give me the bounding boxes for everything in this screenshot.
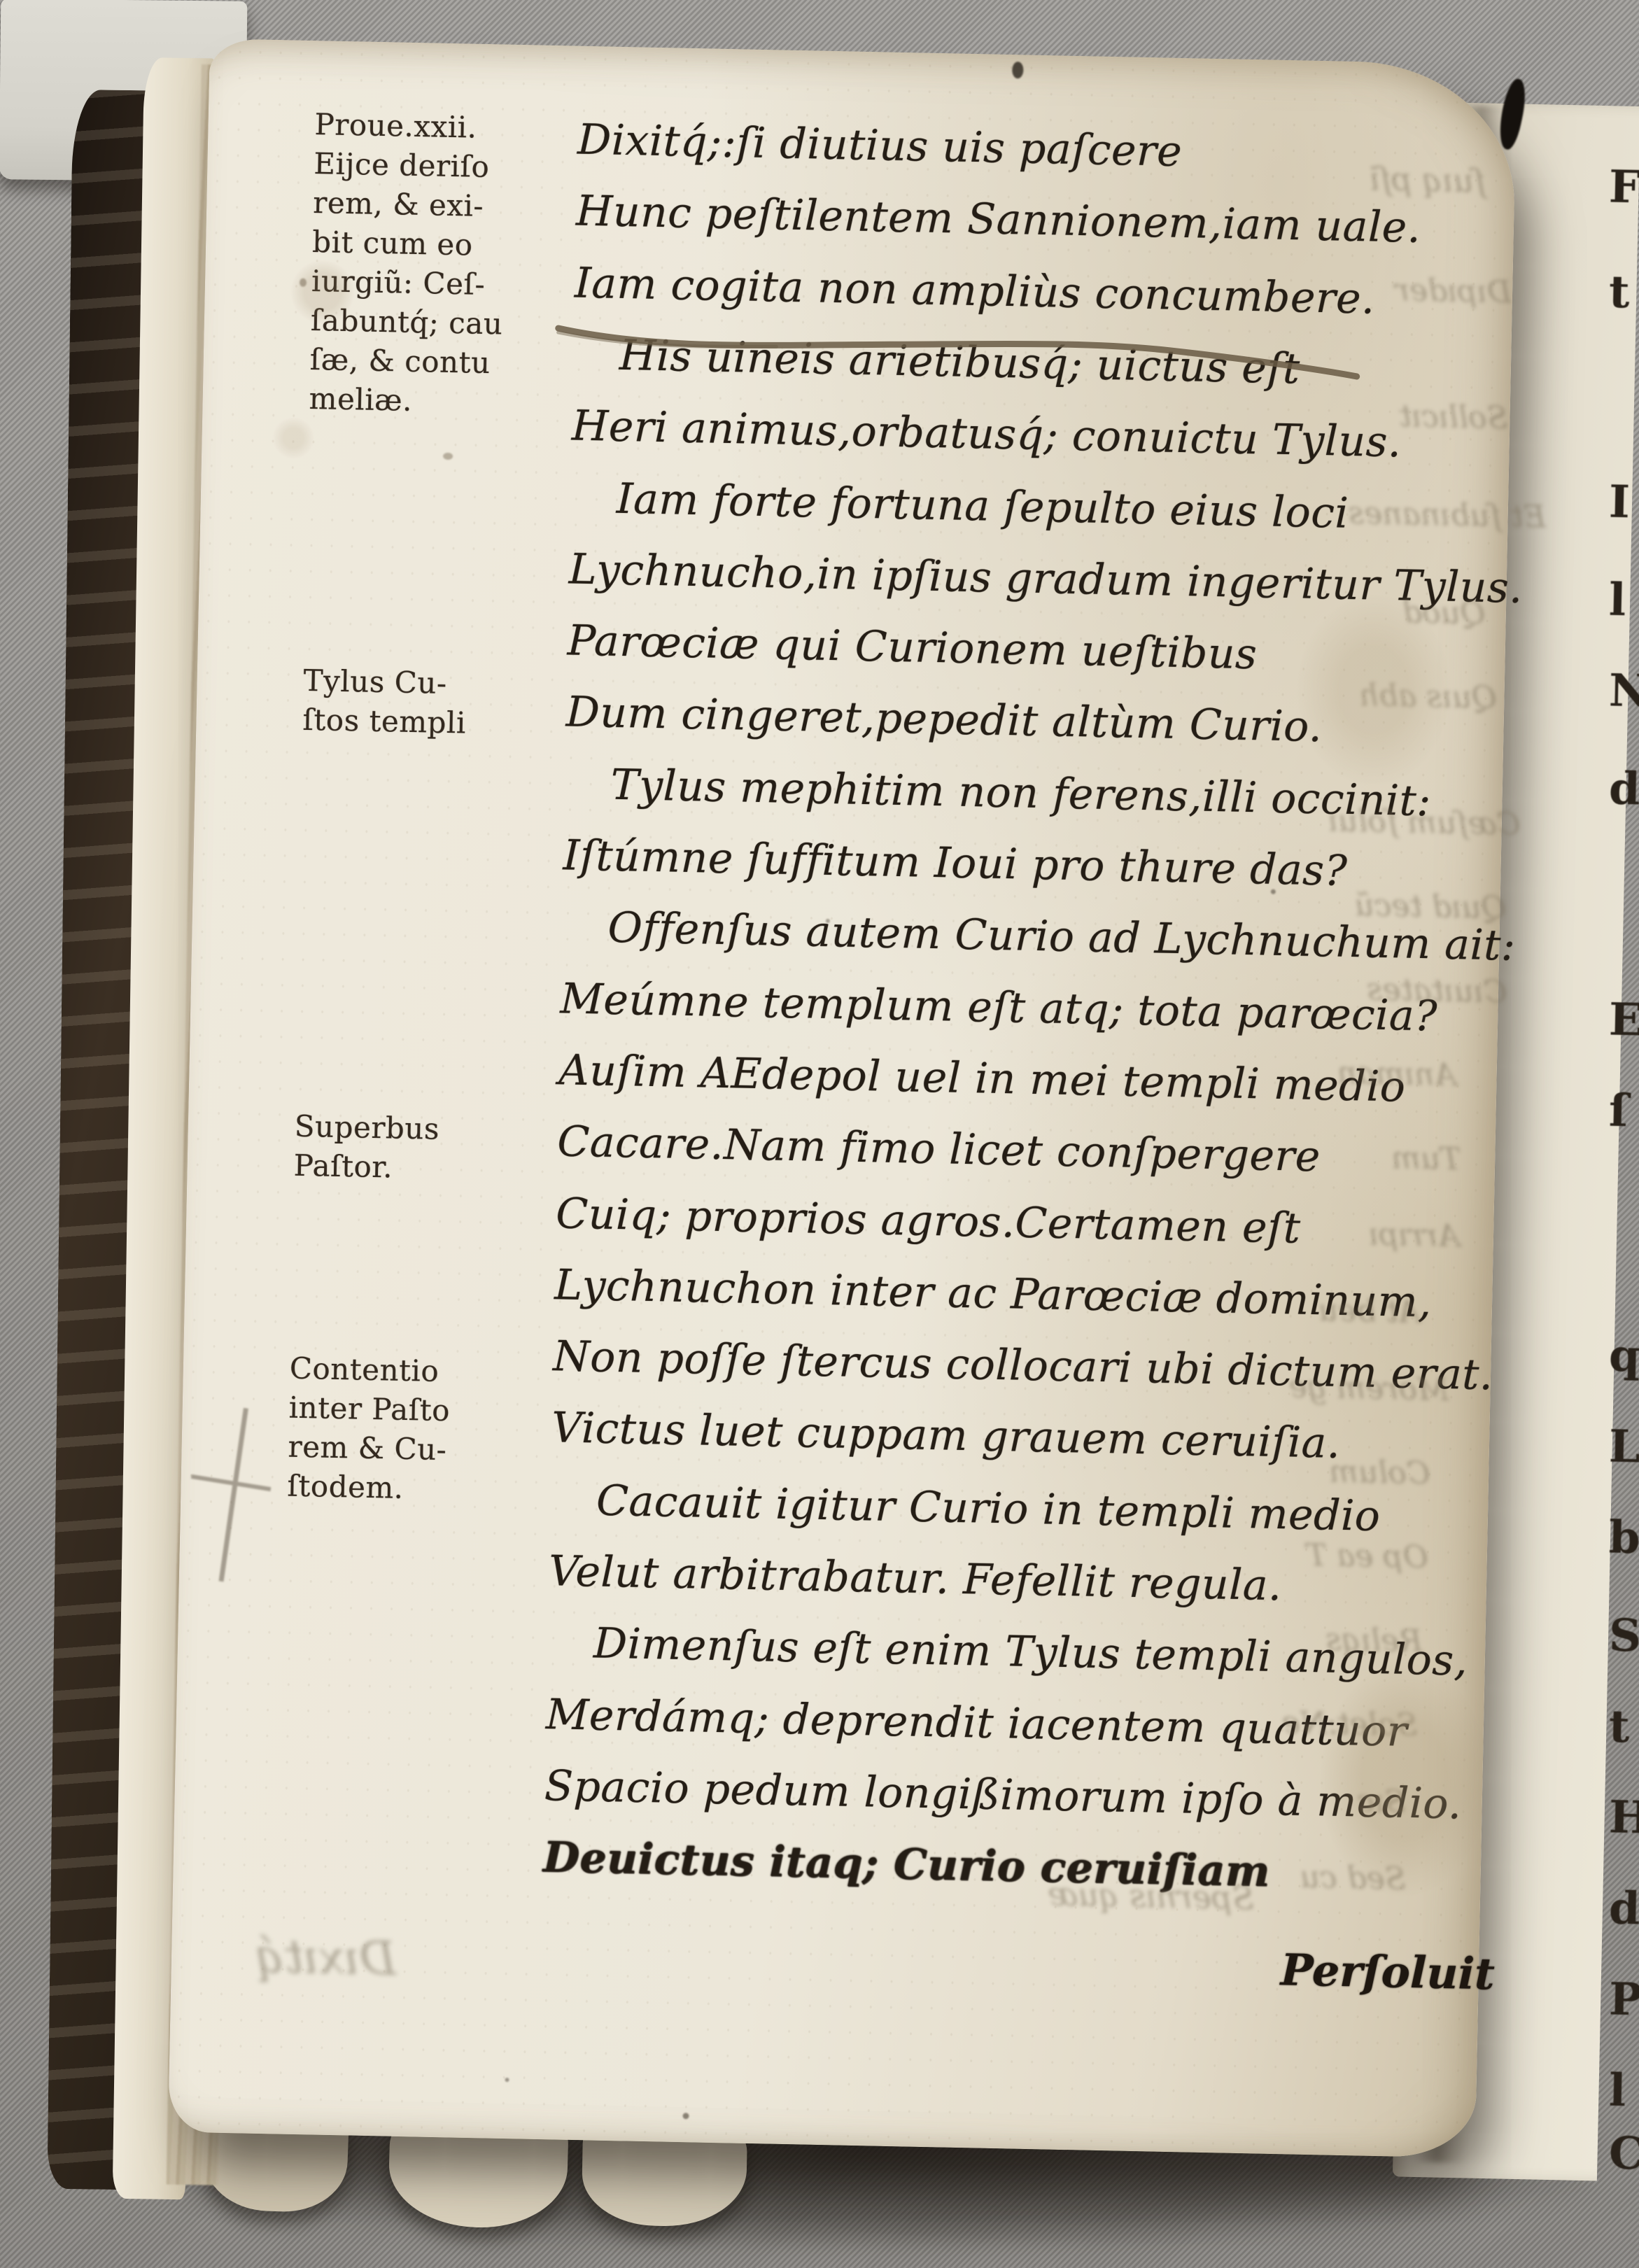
margin-note-line: bit cum eo xyxy=(312,223,587,267)
show-through-fragment: Morem ge xyxy=(1288,1369,1449,1408)
clipped-letter: b xyxy=(1608,1512,1639,1565)
margin-note-line: ſtos templi xyxy=(302,700,577,745)
show-through-fragment: Arrıpı xyxy=(1369,1217,1461,1255)
margin-note-line: rem & Cu- xyxy=(288,1428,563,1472)
book-photo-scene: FtIlNdEſqLbStHdPlC Proue.xxii.Eijce deri… xyxy=(0,0,1639,2268)
clipped-letter: N xyxy=(1608,664,1639,717)
margin-note-line: ſabuntq́; cau xyxy=(310,301,585,346)
margin-note-line: ſæ, & contu xyxy=(309,340,584,385)
verse-line: Lychnuchon inter ac Parœciæ dominum, xyxy=(554,1260,1433,1327)
margin-note-line: iurgiũ: Ceſ- xyxy=(311,262,586,307)
ink-speck xyxy=(505,2078,509,2082)
verse-line: Velut arbitrabatur. Fefellit regula. xyxy=(548,1547,1282,1610)
margin-note: Tylus Cu-ſtos templi xyxy=(302,661,578,745)
clipped-letter: l xyxy=(1608,2064,1626,2117)
clipped-letter: L xyxy=(1608,1421,1639,1474)
clipped-letter: d xyxy=(1608,1882,1639,1936)
ink-speck xyxy=(443,453,453,460)
margin-note-line: Superbus xyxy=(294,1107,569,1152)
verse-line: Cacare.Nam fimo licet conſpergere xyxy=(557,1117,1321,1181)
catchword: Perſoluit xyxy=(1280,1944,1495,1999)
show-through-fragment: Sollıcıt xyxy=(1399,398,1508,436)
verse-line: Iſtúmne ſuffitum Ioui pro thure das? xyxy=(563,831,1348,895)
verse-line: Parœciæ qui Curionem ueſtibus xyxy=(567,617,1258,679)
verse-line: Auſim AEdepol uel in mei templi medio xyxy=(558,1045,1406,1111)
clipped-letter: q xyxy=(1608,1330,1639,1383)
show-through-fragment: Quıd tecũ xyxy=(1354,887,1507,926)
margin-note-line: ſtodem. xyxy=(287,1467,562,1512)
verse-line: Iam forte fortuna ſepulto eius loci xyxy=(570,473,1349,537)
clipped-letter: F xyxy=(1608,161,1639,214)
show-through-fragment: Relıqs xyxy=(1325,1621,1423,1659)
margin-note-line: Tylus Cu- xyxy=(303,661,578,706)
margin-note-line: meliæ. xyxy=(309,379,584,424)
show-through-fragment: Op ea T xyxy=(1306,1537,1428,1575)
ink-speck xyxy=(300,279,307,287)
verse-line: Lychnucho,in ipſius gradum ingeritur Tyl… xyxy=(568,544,1523,612)
verse-line: His uineis arietibusq́; uictus eſt xyxy=(572,330,1300,393)
margin-note-line: Paſtor. xyxy=(293,1146,568,1191)
margin-note: Contentiointer Paſtorem & Cu-ſtodem. xyxy=(287,1349,564,1512)
clipped-letter: I xyxy=(1608,476,1631,529)
verse-line: Iam cogita non ampliùs concumbere. xyxy=(574,258,1375,323)
show-through-fragment: Colum xyxy=(1329,1454,1430,1492)
verse-line: Merdámq; deprendit iacentem quattuor xyxy=(545,1690,1407,1756)
show-through-fragment: Anıman xyxy=(1337,1055,1456,1093)
margin-note-line: rem, & exi- xyxy=(313,183,588,228)
verse-line: Deuictus itaq; Curio ceruiſiam xyxy=(542,1833,1270,1896)
ink-speck xyxy=(1012,62,1023,78)
verse-line: Dum cingeret,pepedit altùm Curio. xyxy=(565,688,1323,752)
verse-line: Meúmne templum eſt atq; tota parœcia? xyxy=(560,974,1438,1041)
ink-speck xyxy=(826,919,830,923)
ink-speck xyxy=(1271,889,1276,894)
clipped-letter: l xyxy=(1608,574,1626,626)
ink-speck xyxy=(682,2113,689,2119)
verse-line: Dixitq́;:ſi diutius uis paſcere xyxy=(577,115,1183,176)
show-through-fragment: Sed cu xyxy=(1300,1859,1406,1897)
margin-note-line: Eijce deriſo xyxy=(314,144,589,189)
show-through-fragment: Solet:Ne xyxy=(1281,1705,1418,1743)
verse-line: Hunc peſtilentem Sannionem,iam uale. xyxy=(575,187,1421,253)
show-through-fragment: Dıxıtq́ xyxy=(255,1929,397,1986)
clipped-letter: P xyxy=(1608,1973,1639,2027)
clipped-letter: C xyxy=(1608,2127,1639,2180)
clipped-letter: H xyxy=(1608,1791,1639,1844)
verse-line: Non poſſe ſtercus collocari ubi dictum e… xyxy=(553,1332,1494,1400)
clipped-letter: ſ xyxy=(1608,1085,1629,1138)
clipped-letter: E xyxy=(1608,993,1639,1046)
margin-note: SuperbusPaſtor. xyxy=(293,1107,569,1191)
verse-line: Dimenſus eſt enim Tylus templi angulos, xyxy=(547,1618,1468,1685)
verse-line: Tylus mephitim non ferens,illi occinit: xyxy=(564,759,1432,826)
show-through-fragment: Quod xyxy=(1402,594,1486,631)
pencil-cross-mark xyxy=(188,1400,276,1597)
show-through-fragment: Tum xyxy=(1391,1140,1461,1177)
margin-note-line: inter Paſto xyxy=(288,1388,563,1433)
show-through-fragment: Sıc xyxy=(1357,1783,1406,1819)
verse-line: Spacio pedum longißimorum ipſo à medio. xyxy=(544,1761,1462,1829)
clipped-letter: t xyxy=(1608,1700,1630,1754)
verse-line: Victus luet cuppam grauem ceruiſia. xyxy=(551,1404,1342,1469)
clipped-letter: t xyxy=(1608,266,1630,319)
show-through-fragment: ſuıq pſi xyxy=(1369,160,1486,199)
show-through-fragment: Dıpıder xyxy=(1395,272,1512,310)
clipped-letter: S xyxy=(1608,1610,1639,1663)
verse-line: Heri animus,orbatusq́; conuictu Tylus. xyxy=(571,402,1402,467)
verse-line: Cuiq; proprios agros.Certamen eſt xyxy=(556,1189,1301,1253)
show-through-fragment: Spernıs quæ xyxy=(1047,1875,1254,1917)
book-page: Proue.xxii.Eijce deriſorem, & exi-bit cu… xyxy=(168,38,1517,2158)
handwritten-ink-underline xyxy=(551,307,1379,401)
verse-line: Cacauit igitur Curio in templi medio xyxy=(549,1475,1381,1541)
verse-line: Offenſus autem Curio ad Lychnuchum ait: xyxy=(561,903,1516,971)
show-through-fragment: At beu xyxy=(1318,1293,1420,1330)
margin-note: Proue.xxii.Eijce deriſorem, & exi-bit cu… xyxy=(309,105,589,424)
clipped-letter: d xyxy=(1608,763,1639,816)
margin-note-line: Contentio xyxy=(289,1349,564,1394)
show-through-fragment: Quıs abh xyxy=(1358,677,1498,716)
show-through-fragment: Cæſum ſoluı xyxy=(1328,803,1521,843)
show-through-fragment: Cıuıtates xyxy=(1367,971,1507,1010)
show-through-fragment: Et ſubınanes xyxy=(1348,495,1546,535)
margin-note-line: Proue.xxii. xyxy=(314,105,589,150)
